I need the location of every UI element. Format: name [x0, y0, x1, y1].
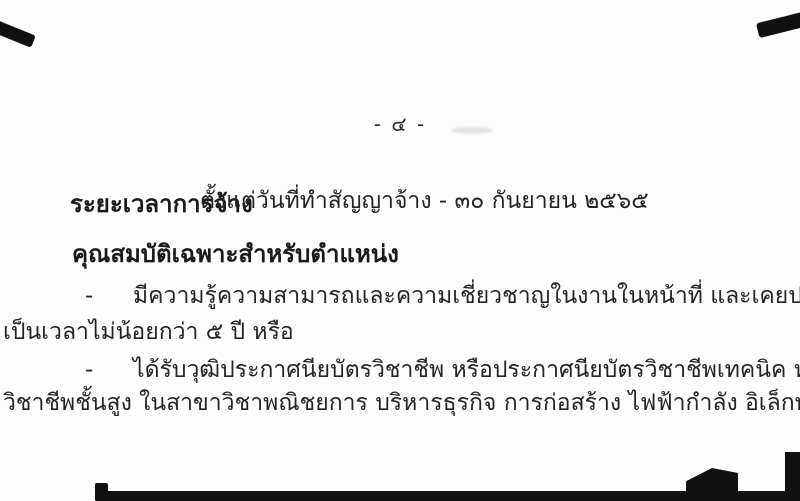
bullet-1-text: มีความรู้ความสามารถและความเชี่ยวชาญในงาน…: [133, 283, 800, 309]
bullet-1-line-1: -มีความรู้ความสามารถและความเชี่ยวชาญในงา…: [85, 282, 800, 311]
scan-artifact-top-left: [0, 19, 36, 48]
scan-artifact-bottom-right: [785, 452, 800, 501]
page-number: - ๔ -: [0, 108, 800, 140]
scan-artifact-bottom-blob: [686, 468, 738, 501]
qualifications-heading: คุณสมบัติเฉพาะสำหรับตำแหน่ง: [72, 239, 399, 269]
bullet-1-dash: -: [85, 282, 133, 311]
bullet-1-line-2: เป็นเวลาไม่น้อยกว่า ๕ ปี หรือ: [3, 318, 294, 347]
bullet-2-dash: -: [85, 356, 133, 385]
scanned-document-page: - ๔ - ระยะเวลาการจ้าง ตั้งแต่วันที่ทำสัญ…: [0, 0, 800, 501]
scan-artifact-top-right: [756, 11, 800, 38]
bullet-2-text: ได้รับวุฒิประกาศนียบัตรวิชาชีพ หรือประกา…: [133, 357, 800, 383]
bullet-2-line-2: วิชาชีพชั้นสูง ในสาขาวิชาพณิชยการ บริหาร…: [3, 389, 800, 418]
bullet-2-line-1: -ได้รับวุฒิประกาศนียบัตรวิชาชีพ หรือประก…: [85, 356, 800, 385]
employment-period-value: ตั้งแต่วันที่ทำสัญญาจ้าง - ๓๐ กันยายน ๒๕…: [200, 187, 649, 216]
